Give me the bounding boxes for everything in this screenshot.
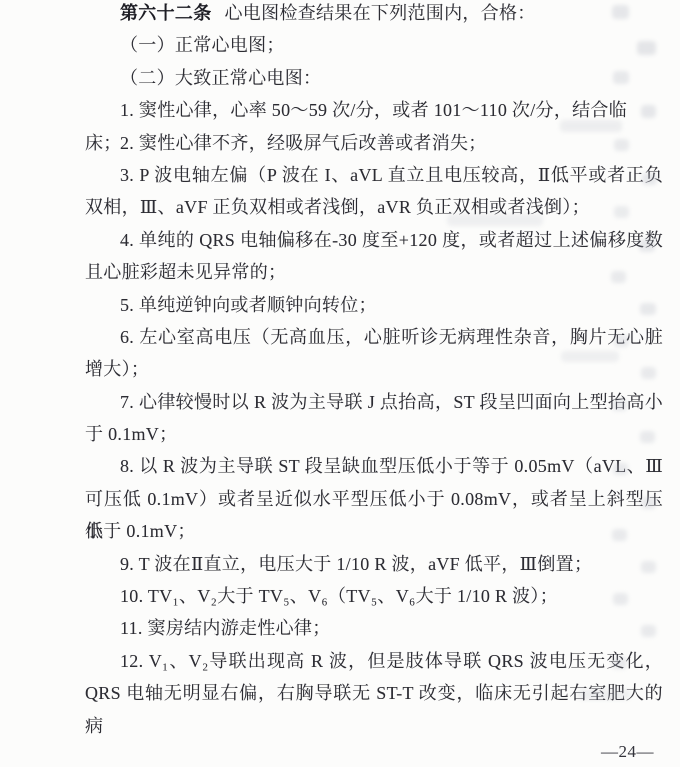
article-title-text: 心电图检查结果在下列范围内，合格： [225,3,536,23]
bleed-through-mark [640,303,656,315]
bleed-through-mark [560,120,622,132]
bleed-through-mark [612,529,627,541]
bleed-through-mark [639,239,655,252]
bleed-through-mark [612,399,627,411]
bleed-through-mark [612,657,627,669]
bleed-through-mark [641,561,656,573]
bleed-through-mark [578,689,630,700]
text-line-item-8: 8. 以 R 波为主导联 ST 段呈缺血型压低小于等于 0.05mV（aVL、Ⅲ [85,450,663,482]
bleed-through-mark [641,625,656,637]
bleed-through-mark [614,335,629,347]
page-number: —24— [601,741,654,763]
text-line-item-4-cont: 且心脏彩超未见异常的； [85,256,663,288]
text-line-subitem-2: （二）大致正常心电图： [85,62,663,94]
text-line-subitem-1: （一）正常心电图； [85,29,663,61]
text-line-item-10: 10. TV₁、V₂大于 TV₅、V₆（TV₅、V₆大于 1/10 R 波）； [85,580,663,612]
bleed-through-mark [611,271,626,283]
bleed-through-mark [613,593,628,605]
text-line-item-4: 4. 单纯的 QRS 电轴偏移在-30 度至+120 度，或者超过上述偏移度数 [85,224,663,256]
bleed-through-mark [641,497,656,509]
bleed-through-mark [614,206,629,218]
text-line-item-12-cont: QRS 电轴无明显右偏，右胸导联无 ST-T 改变，临床无引起右室肥大的病 [85,677,663,709]
bleed-through-mark [612,5,629,19]
bleed-through-mark [613,71,629,84]
bleed-through-mark [642,173,657,185]
text-line-item-12: 12. V₁、V₂导联出现高 R 波，但是肢体导联 QRS 波电压无变化， [85,645,663,677]
text-line-item-5: 5. 单纯逆钟向或者顺钟向转位； [85,289,663,321]
bleed-through-mark [637,41,656,55]
text-line-item-3: 3. P 波电轴左偏（P 波在 I、aVL 直立且电压较高，Ⅱ低平或者正负 [85,159,663,191]
bleed-through-mark [614,139,629,151]
bleed-through-mark [613,463,628,475]
bleed-through-mark [641,367,656,379]
text-line-item-9: 9. T 波在Ⅱ直立，电压大于 1/10 R 波，aVF 低平，Ⅲ倒置； [85,548,663,580]
article-number: 第六十二条 [120,3,212,23]
bleed-through-mark [640,431,655,443]
document-page: 第六十二条心电图检查结果在下列范围内，合格： （一）正常心电图； （二）大致正常… [0,0,680,767]
text-line-item-7-cont: 于 0.1mV； [85,418,663,450]
text-line-item-7: 7. 心律较慢时以 R 波为主导联 J 点抬高，ST 段呈凹面向上型抬高小 [85,386,663,418]
text-line-item-3-cont: 双相，Ⅲ、aVF 正负双相或者浅倒，aVR 负正双相或者浅倒）； [85,191,663,223]
article-heading-line: 第六十二条心电图检查结果在下列范围内，合格： [85,0,663,29]
bleed-through-mark [641,105,656,118]
bleed-through-mark [561,351,619,362]
text-line-item-8-cont-2: 小于 0.1mV； [85,515,663,547]
text-line-item-6: 6. 左心室高电压（无高血压，心脏听诊无病理性杂音，胸片无心脏 [85,321,663,353]
text-line-item-8-cont-1: 可压低 0.1mV）或者呈近似水平型压低小于 0.08mV，或者呈上斜型压低 [85,483,663,515]
text-line-item-11: 11. 窦房结内游走性心律； [85,612,663,644]
bleed-through-mark [447,214,543,226]
